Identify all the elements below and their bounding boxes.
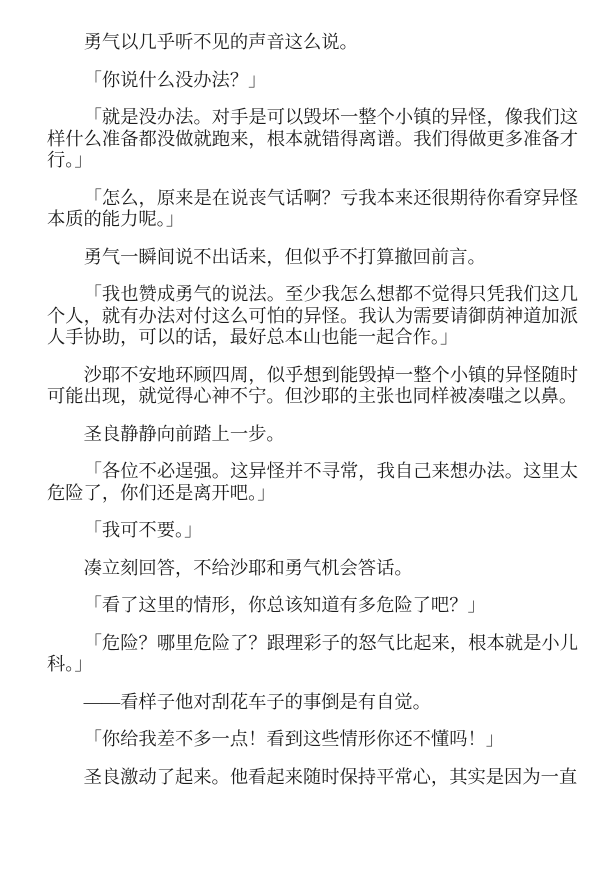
page-text: 勇气以几乎听不见的声音这么说。「你说什么没办法？」「就是没办法。对手是可以毁坏一… xyxy=(47,32,578,788)
novel-page-body: { "page": { "background_color": "#ffffff… xyxy=(0,0,613,869)
paragraph: 「你给我差不多一点！看到这些情形你还不懂吗！」 xyxy=(47,729,578,751)
paragraph: 「我也赞成勇气的说法。至少我怎么想都不觉得只凭我们这几个人，就有办法对付这么可怕… xyxy=(47,284,578,349)
paragraph: 凑立刻回答，不给沙耶和勇气机会答话。 xyxy=(47,558,578,580)
paragraph: 「看了这里的情形，你总该知道有多危险了吧？」 xyxy=(47,595,578,617)
paragraph: 勇气以几乎听不见的声音这么说。 xyxy=(47,32,578,54)
paragraph: 沙耶不安地环顾四周，似乎想到能毁掉一整个小镇的异怪随时可能出现，就觉得心神不宁。… xyxy=(47,365,578,408)
paragraph: 圣良激动了起来。他看起来随时保持平常心，其实是因为一直 xyxy=(47,767,578,789)
paragraph: 「你说什么没办法？」 xyxy=(47,70,578,92)
paragraph: 「我可不要。」 xyxy=(47,520,578,542)
paragraph: ——看样子他对刮花车子的事倒是有自觉。 xyxy=(47,692,578,714)
paragraph: 「就是没办法。对手是可以毁坏一整个小镇的异怪，像我们这样什么准备都没做就跑来，根… xyxy=(47,107,578,172)
document-page: 勇气以几乎听不见的声音这么说。「你说什么没办法？」「就是没办法。对手是可以毁坏一… xyxy=(0,0,613,869)
paragraph: 「各位不必逞强。这异怪并不寻常，我自己来想办法。这里太危险了，你们还是离开吧。」 xyxy=(47,461,578,504)
paragraph: 圣良静静向前踏上一步。 xyxy=(47,424,578,446)
paragraph: 「怎么，原来是在说丧气话啊？亏我本来还很期待你看穿异怪本质的能力呢。」 xyxy=(47,188,578,231)
paragraph: 勇气一瞬间说不出话来，但似乎不打算撤回前言。 xyxy=(47,247,578,269)
paragraph: 「危险？哪里危险了？跟理彩子的怒气比起来，根本就是小儿科。」 xyxy=(47,633,578,676)
